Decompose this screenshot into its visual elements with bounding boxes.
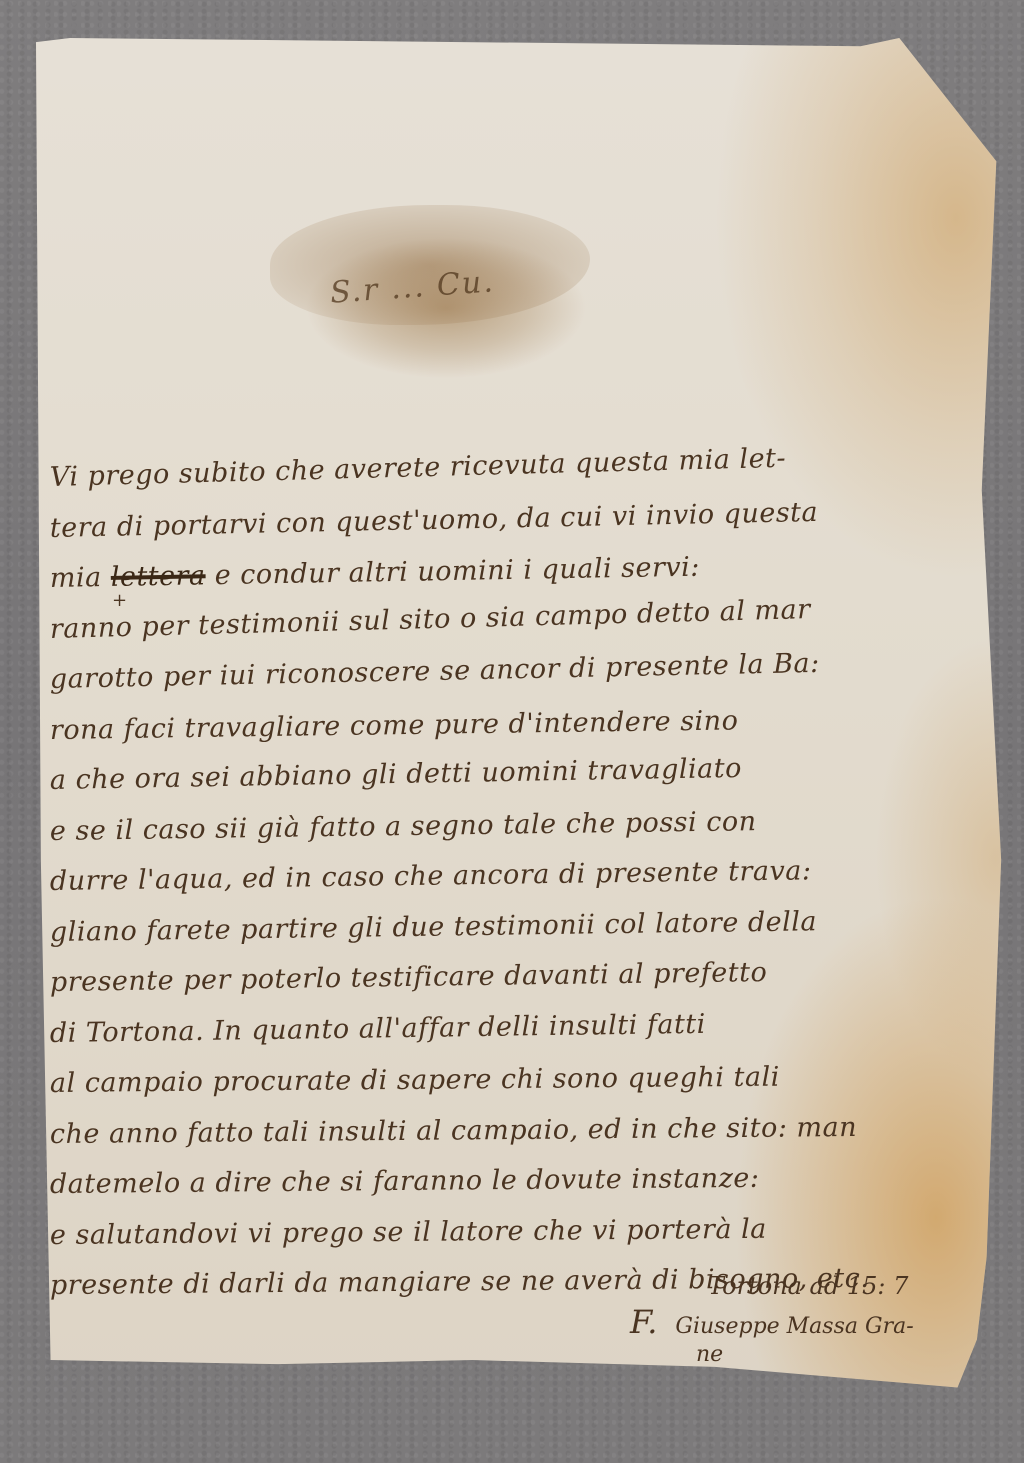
signature: F.Giuseppe Massa Gra- ne bbox=[630, 1308, 914, 1369]
signature-name: Giuseppe Massa Gra- bbox=[675, 1314, 913, 1339]
letter-body: Vi prego subito che averete ricevuta que… bbox=[50, 458, 990, 1317]
signature-mark: F. bbox=[630, 1303, 657, 1341]
body-line: che anno fatto tali insulti al campaio, … bbox=[50, 1106, 990, 1165]
signature-continuation: ne bbox=[630, 1341, 914, 1369]
struck-out-word: lettera bbox=[111, 560, 206, 593]
body-line: e salutandovi vi prego se il latore che … bbox=[50, 1207, 990, 1266]
body-line: datemelo a dire che si faranno le dovute… bbox=[50, 1157, 990, 1216]
place-date: Tortona ad 15: 7 bbox=[708, 1272, 908, 1300]
body-line-end: e condur altri uomini i quali servi: bbox=[205, 552, 700, 592]
body-line-start: mia bbox=[50, 562, 111, 594]
body-line: al campaio procurate di sapere chi sono … bbox=[50, 1056, 990, 1115]
